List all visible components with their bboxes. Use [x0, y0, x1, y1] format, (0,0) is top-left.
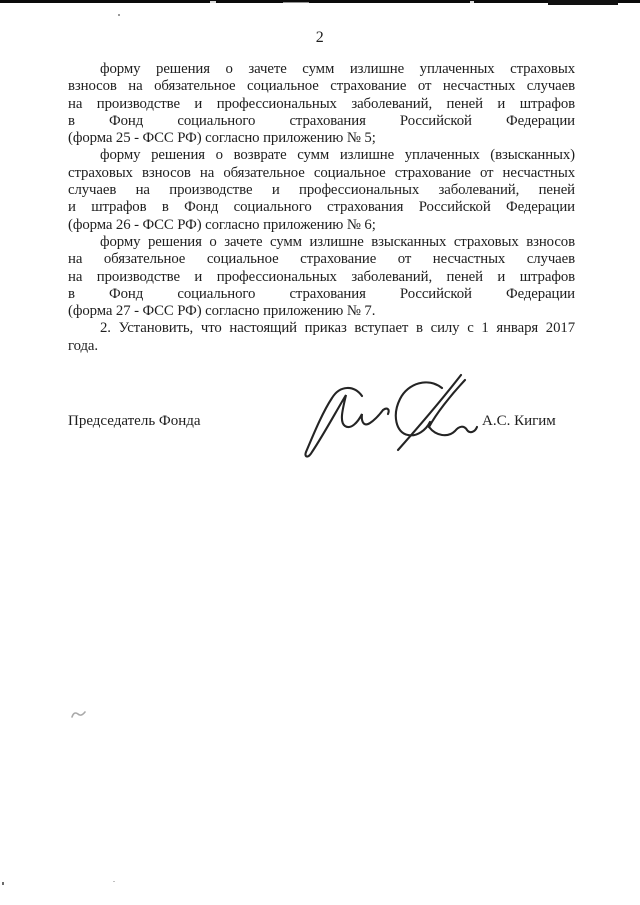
text-line: в Фонд социального страхования Российско… — [68, 286, 575, 303]
text-line: взносов на обязательное социальное страх… — [68, 78, 575, 95]
scan-smudge-mark — [70, 708, 88, 720]
text-line: на обязательное социальное страхование о… — [68, 251, 575, 268]
signer-name: А.С. Кигим — [482, 412, 556, 430]
scan-top-edge-artifact — [0, 0, 640, 3]
document-body: форму решения о зачете сумм излишне упла… — [68, 61, 575, 355]
text-line: года. — [68, 338, 575, 355]
text-line: (форма 25 - ФСС РФ) согласно приложению … — [68, 130, 575, 147]
scan-edge-gap — [470, 1, 474, 3]
text-line: на производстве и профессиональных забол… — [68, 96, 575, 113]
text-line: на производстве и профессиональных забол… — [68, 269, 575, 286]
page-number: 2 — [0, 29, 640, 47]
paragraph-form-25: форму решения о зачете сумм излишне упла… — [68, 61, 575, 147]
paragraph-effective-date: 2. Установить, что настоящий приказ всту… — [68, 320, 575, 355]
text-line: (форма 26 - ФСС РФ) согласно приложению … — [68, 217, 575, 234]
scan-edge-gap — [210, 1, 216, 3]
paragraph-form-26: форму решения о возврате сумм излишне уп… — [68, 147, 575, 233]
scan-speck — [2, 882, 4, 885]
scan-edge-gap — [283, 2, 309, 3]
scan-speck — [118, 14, 120, 16]
text-line: форму решения о зачете сумм излишне упла… — [68, 61, 575, 78]
signer-title: Председатель Фонда — [68, 412, 201, 430]
document-page: 2 форму решения о зачете сумм излишне уп… — [0, 0, 640, 905]
text-line: в Фонд социального страхования Российско… — [68, 113, 575, 130]
text-line: форму решения о зачете сумм излишне взыс… — [68, 234, 575, 251]
scan-edge-thick-segment — [548, 0, 618, 5]
text-line: (форма 27 - ФСС РФ) согласно приложению … — [68, 303, 575, 320]
signature-autograph-icon — [300, 368, 482, 462]
text-line: 2. Установить, что настоящий приказ всту… — [68, 320, 575, 337]
paragraph-form-27: форму решения о зачете сумм излишне взыс… — [68, 234, 575, 320]
text-line: случаев на производстве и профессиональн… — [68, 182, 575, 199]
text-line: страховых взносов на обязательное социал… — [68, 165, 575, 182]
text-line: и штрафов в Фонд социального страхования… — [68, 199, 575, 216]
text-line: форму решения о возврате сумм излишне уп… — [68, 147, 575, 164]
scan-speck — [113, 881, 115, 882]
